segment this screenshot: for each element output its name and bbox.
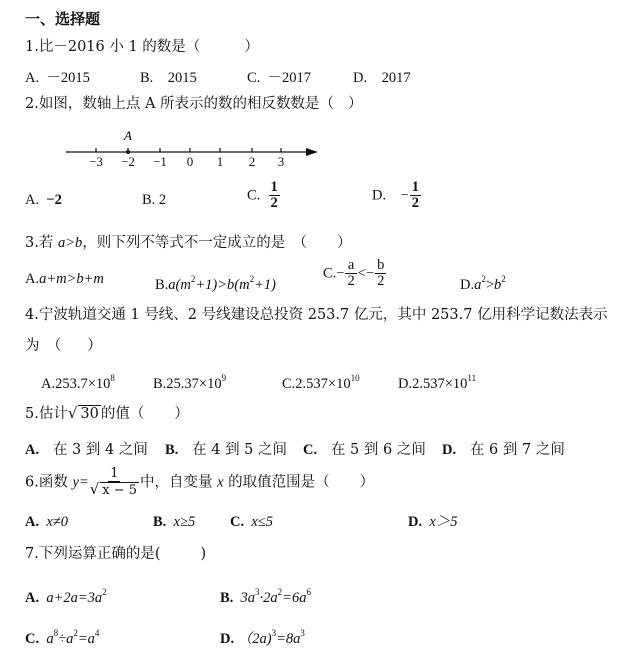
svg-text:−2: −2 xyxy=(121,154,135,168)
question-2-option-c[interactable]: C. 12 xyxy=(247,180,281,211)
question-5-stem: 5.估计√30的值（） xyxy=(25,404,189,423)
question-4-option-b[interactable]: B.25.37×109 xyxy=(153,369,226,393)
sqrt-icon: √ xyxy=(68,404,78,422)
question-3-option-c[interactable]: C.−a2<−b2 xyxy=(323,258,387,289)
question-5-option-d[interactable]: D. 在 6 到 7 之间 xyxy=(442,441,565,459)
number-line-figure: A −3 −2 −1 0 1 2 3 xyxy=(60,128,330,168)
question-1-option-b[interactable]: B. 2015 xyxy=(140,69,197,87)
question-close-paren: ） xyxy=(244,39,259,55)
fraction: a2 xyxy=(345,258,356,289)
section-title: 一、选择题 xyxy=(25,8,100,29)
tick-labels: −3 −2 −1 0 1 2 3 xyxy=(89,154,284,168)
point-a-label: A xyxy=(123,128,132,143)
question-7-option-c[interactable]: C. a8÷a2=a4 xyxy=(25,624,99,648)
question-2-option-d[interactable]: D. −12 xyxy=(372,180,422,211)
question-1-option-c[interactable]: C. －2017 xyxy=(247,69,311,87)
question-7-option-d[interactable]: D. （2a)3=8a3 xyxy=(220,624,305,648)
svg-text:−1: −1 xyxy=(153,154,167,168)
question-2-stem: 2.如图，数轴上点 A 所表示的数的相反数数是（） xyxy=(25,95,363,113)
question-5-option-a[interactable]: A. 在 3 到 4 之间 xyxy=(25,441,148,459)
question-number: 1. xyxy=(25,39,39,55)
question-4-option-a[interactable]: A.253.7×108 xyxy=(41,369,115,393)
question-6-option-d[interactable]: D. x＞5 xyxy=(408,513,458,531)
question-4-stem-line1: 4.宁波轨道交通 1 号线、2 号线建设总投资 253.7 亿元，其中 253.… xyxy=(25,306,608,324)
svg-text:0: 0 xyxy=(187,154,194,168)
question-7-option-b[interactable]: B. 3a3·2a2=6a6 xyxy=(220,583,311,607)
question-2-option-b[interactable]: B. 2 xyxy=(142,191,166,209)
question-3-stem: 3.若 a>b，则下列不等式不一定成立的是 （） xyxy=(25,234,352,252)
question-2-option-a[interactable]: A. −2 xyxy=(25,191,62,209)
sqrt-icon: √ xyxy=(90,482,100,497)
svg-text:1: 1 xyxy=(217,154,224,168)
question-6-option-c[interactable]: C. x≤5 xyxy=(230,513,273,531)
svg-text:−3: −3 xyxy=(89,154,103,168)
fraction: b2 xyxy=(375,258,386,289)
question-1-stem: 1.比－2016 小 1 的数是（） xyxy=(25,38,259,56)
question-1-option-d[interactable]: D. 2017 xyxy=(353,69,411,87)
question-6-option-a[interactable]: A. x≠0 xyxy=(25,513,68,531)
question-1-option-a[interactable]: A. －2015 xyxy=(25,69,90,87)
question-6-option-b[interactable]: B. x≥5 xyxy=(153,513,195,531)
fraction: 12 xyxy=(269,180,280,211)
question-5-option-c[interactable]: C. 在 5 到 6 之间 xyxy=(303,441,426,459)
question-text: 比－2016 小 1 的数是（ xyxy=(39,39,200,55)
question-4-stem-line2: 为 （） xyxy=(25,337,102,355)
question-3-option-a[interactable]: A.a+m>b+m xyxy=(25,270,104,288)
question-6-stem: 6.函数 y=1√x − 5中，自变量 x 的取值范围是（） xyxy=(25,466,374,499)
fraction: 1√x − 5 xyxy=(90,466,139,499)
question-4-option-c[interactable]: C.2.537×1010 xyxy=(282,369,360,393)
svg-text:3: 3 xyxy=(278,154,285,168)
svg-text:2: 2 xyxy=(249,154,256,168)
fraction: 12 xyxy=(410,180,421,211)
question-5-option-b[interactable]: B. 在 4 到 5 之间 xyxy=(165,441,287,459)
question-3-option-d[interactable]: D.a2>b2 xyxy=(460,270,506,294)
arrow-head-icon xyxy=(306,148,318,156)
question-3-option-b[interactable]: B.a(m2+1)>b(m2+1) xyxy=(155,270,276,294)
question-4-option-d[interactable]: D.2.537×1011 xyxy=(398,369,476,393)
question-7-option-a[interactable]: A. a+2a=3a2 xyxy=(25,583,107,607)
question-7-stem: 7.下列运算正确的是() xyxy=(25,545,206,563)
